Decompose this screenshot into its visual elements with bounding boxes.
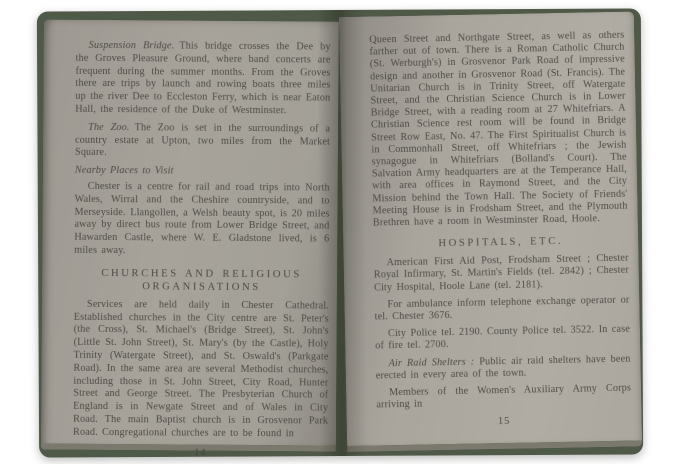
paragraph-lead-zoo: The Zoo. [88,122,130,133]
paragraph-churches-continuation: Queen Street and Northgate Street, as we… [369,30,628,230]
paragraph-lead-air-raid: Air Raid Shelters : [388,356,474,369]
paragraph-suspension-bridge: Suspension Bridge.This bridge crosses th… [75,40,331,119]
paragraph-text-suspension-bridge: This bridge crosses the Dee by the Grove… [75,40,331,116]
page-number-left: 14 [73,446,328,461]
left-page-content: Suspension Bridge.This bridge crosses th… [41,20,339,461]
section-heading-hospitals: HOSPITALS, ETC. [373,234,628,252]
paragraph-zoo: The Zoo.The Zoo is set in the surroundin… [75,122,330,162]
paragraph-lead-suspension-bridge: Suspension Bridge. [89,40,175,52]
left-page: Suspension Bridge.This bridge crosses th… [41,20,339,452]
right-page: Queen Street and Northgate Street, as we… [339,11,642,452]
paragraph-waac: Members of the Women's Auxiliary Army Co… [376,383,631,412]
paragraph-nearby-places: Chester is a centre for rail and road tr… [74,181,330,260]
section-heading-churches-line1: CHURCHES AND RELIGIOUS [101,268,302,280]
section-heading-churches: CHURCHES AND RELIGIOUSORGANISATIONS [74,267,329,295]
subheading-nearby-places: Nearby Places to Visit [75,165,330,180]
right-page-content: Queen Street and Northgate Street, as we… [339,11,642,431]
open-book: Suspension Bridge.This bridge crosses th… [37,8,643,457]
paragraph-churches: Services are held daily in Chester Cathe… [73,299,329,442]
paragraph-ambulance: For ambulance inform telephone exchange … [374,294,629,323]
page-number-right: 15 [377,414,632,431]
section-heading-churches-line2: ORGANISATIONS [142,281,261,293]
paragraph-first-aid: American First Aid Post, Frodsham Street… [374,253,630,294]
photo-background: Suspension Bridge.This bridge crosses th… [0,0,680,464]
paragraph-air-raid: Air Raid Shelters :Public air raid shelt… [375,353,630,382]
paragraph-police: City Police tel. 2190. County Police tel… [375,324,630,353]
